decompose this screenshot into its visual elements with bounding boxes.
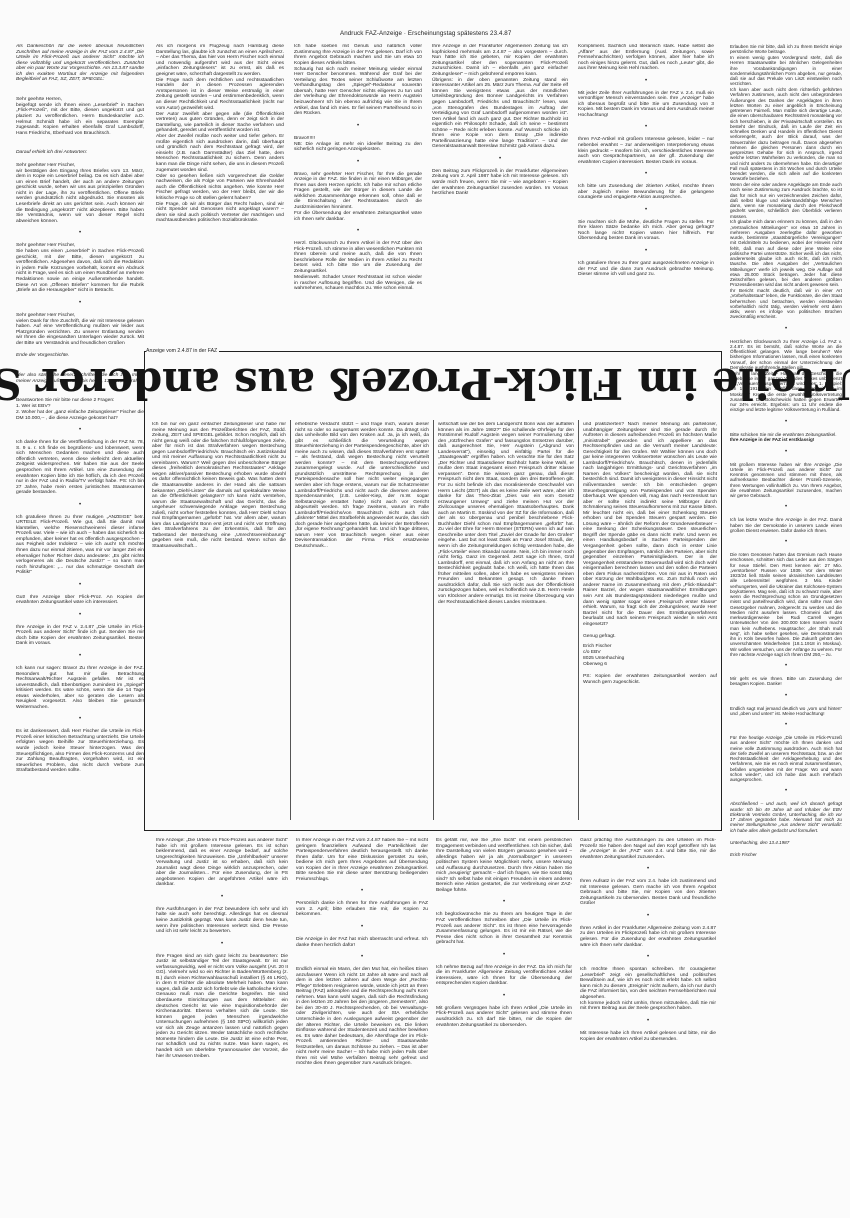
answer1-salutation: Sehr geehrter Herr Fischer, — [16, 163, 144, 169]
separator-star: • — [436, 993, 572, 999]
lower-column-5: Ganz prächtig Ihre Ausführungen zu den U… — [580, 838, 716, 1216]
letter-text: Ihre Fragen sind an sich ganz leicht zu … — [156, 954, 288, 1059]
separator-star: • — [16, 582, 144, 588]
question-2: 2. Woher hat der „ganz einfache Zeitungs… — [16, 410, 144, 421]
letter-text: Es gefällt mir, wie Sie „Ihre Sicht“ mit… — [436, 838, 572, 893]
separator-star: • — [16, 612, 144, 618]
answer2-salutation: Sehr geehrter Herr Fischer, — [16, 243, 144, 249]
ad-text: Ich bin nur ein ganz einfacher Zeitungsl… — [152, 422, 286, 550]
separator-star: • — [16, 716, 144, 722]
answer3-text: vielen Dank für Ihre Zuschrift, die wir … — [16, 319, 144, 347]
letter-text: In Ihrer Anzeige in der FAZ vom 2.4.87 h… — [296, 838, 428, 882]
separator-star: • — [730, 693, 842, 699]
letter-text: Persönlich danke ich Ihnen für Ihre Ausf… — [296, 901, 428, 918]
letter-a: Ich danke Ihnen für die Veröffentlichung… — [16, 440, 144, 495]
letter-text: NB: Die Anlage ist mehr ein ideeller Bei… — [294, 142, 422, 153]
separator-star: • — [578, 124, 714, 130]
separator-star: • — [294, 123, 422, 129]
separator-star: • — [580, 1018, 716, 1024]
column-1: Als Dankeschön für die vielen überaus fr… — [16, 44, 144, 1214]
ad-signoff: Genug gefragt. — [583, 634, 717, 640]
separator-star: • — [578, 78, 714, 84]
letter-text: Ich kann aber auch nicht dem richterlich… — [730, 87, 842, 182]
separator-star: • — [730, 539, 842, 545]
letter-text: Für die Übersendung der erwähnten Zeitun… — [294, 211, 422, 222]
closing-statement: Abschließend – und auch, weil ich danach… — [730, 801, 842, 833]
letter-text: Ich nehme Bezug auf Ihre Anzeige in der … — [436, 965, 572, 987]
letter-text: Ganz prächtig Ihre Ausführungen zu den U… — [580, 838, 716, 860]
separator-star: • — [730, 504, 842, 510]
separator-star: • — [578, 207, 714, 213]
letter-text: Ihren Artikel in der Frankfurter Allgeme… — [580, 926, 716, 948]
letter-c: Gut! Ihre Anzeige über Flick-Proz. An Ko… — [16, 595, 144, 606]
separator-star: • — [16, 427, 144, 433]
letter-text: Die Frage, ob wir als Bürger das Recht h… — [156, 202, 284, 224]
column-5-top: Kompliment. Sachlich und literarisch sta… — [578, 44, 714, 344]
letter-text: Ihre Anzeige in der Frankfurter Allgemei… — [432, 44, 568, 77]
letter-text: Ich habe soeben mit Genuß und natürlich … — [294, 44, 422, 66]
separator-star: • — [16, 300, 144, 306]
letter-text: Ich bitte um Zusendung der zitierten Art… — [578, 184, 714, 201]
lower-column-2: Ihre Anzeige: „Die Urteile im Flick-Proz… — [156, 838, 288, 1216]
letter-text: Mit großem Interesse haben wir Ihre Anze… — [730, 462, 842, 499]
separator-star: • — [436, 899, 572, 905]
column-2-top: Als ich morgens im Flugzeug nach Hamburg… — [156, 44, 284, 344]
column-3-top: Ich habe soeben mit Genuß und natürlich … — [294, 44, 422, 344]
answer3-salutation: Sehr geehrter Herr Fischer, — [16, 313, 144, 319]
separator-star: • — [730, 449, 842, 455]
separator-star: • — [432, 156, 568, 162]
letter-text: Endlich einmal ein Mann, der den Mut hat… — [296, 967, 428, 1067]
letter-b: Ich gratuliere Ihnen zu Ihrer mutigen „A… — [16, 515, 144, 576]
letter-text: Medienwelt. Schade! Unser Rechtsstaat is… — [294, 275, 422, 292]
letter-text: Herzl. Glückwunsch zu Ihrem Artikel in d… — [294, 241, 422, 274]
letter-text: Ich glaube mich daran erinnern zu können… — [730, 219, 842, 287]
separator-star: • — [578, 248, 714, 254]
letter-text: Aber der Zweifel müßte noch weiter und t… — [156, 134, 284, 173]
letter-text: Ihr Bericht macht deutlich, daß wir in e… — [730, 288, 842, 320]
column-6: Erlauben Sie mir bitte, daß ich zu Ihrem… — [730, 44, 842, 1214]
letter-text: Für Ihre heutige Anzeige „Die Urteile im… — [730, 735, 842, 782]
separator-star: • — [580, 954, 716, 960]
letter-text: Ich las letzte Woche Ihre Anzeige in der… — [730, 517, 842, 533]
lower-column-3: In Ihrer Anzeige in der FAZ vom 2.4.87 h… — [296, 838, 428, 1216]
letter-text: Bravo, sehr geehrter Herr Fischer, für I… — [294, 172, 422, 211]
letter-text: Mit Interesse habe ich Ihren Artikel gel… — [580, 1031, 716, 1042]
answer1-text: wir bestätigen den Eingang Ihres Briefes… — [16, 169, 144, 224]
separator-star: • — [16, 653, 144, 659]
letter-text: Die Frage nach dem rechtlichen und recht… — [156, 78, 284, 111]
separator-star: • — [730, 788, 842, 794]
letter-text: Oder so gesehen ließen sich vorgerechnet… — [156, 174, 284, 202]
ad-column-3: wirtschaft wie der bei dem Landgericht B… — [438, 422, 574, 826]
separator-star: • — [578, 171, 714, 177]
ad-column-rule — [290, 420, 291, 820]
letter-text: Sie machten sich die Mühe, deutliche Fra… — [578, 220, 714, 242]
letter-text: Den Beitrag zum Flickprozeß in der Frank… — [432, 169, 568, 197]
letter-text: Ich beglückwünsche Sie zu Ihrem am heuti… — [436, 912, 572, 945]
ad-column-2: erhebliche Verdacht stützt – und frage m… — [295, 422, 429, 826]
separator-star: • — [294, 159, 422, 165]
ad-signature-firm: c/o EBV — [583, 650, 717, 656]
newspaper-page: Andruck FAZ-Anzeige · Erscheinungstag sp… — [0, 0, 850, 1218]
ad-signature-block: Erich Fischer c/o EBV 8025 Unterhaching … — [583, 644, 717, 668]
intro-text: Als Dankeschön für die vielen überaus fr… — [16, 44, 144, 83]
separator-star: • — [730, 722, 842, 728]
letter-f: Es ist dankenswert, daß Herr Fischer die… — [16, 729, 144, 773]
ad-caption: Anzeige vom 2.4.87 in der FAZ — [146, 348, 219, 354]
letter-text: Ihre Ausführungen in der FAZ bewundere i… — [156, 907, 288, 935]
ad-signature-city: 8025 Unterhaching — [583, 656, 717, 662]
separator-star: • — [294, 228, 422, 234]
ad-signature-street: Oberweg 6 — [583, 662, 717, 668]
column-4-top: Ihre Anzeige in der Frankfurter Allgemei… — [432, 44, 568, 344]
separator-star: • — [16, 502, 144, 508]
answer2-text: Sie haben uns einen „Leserbrief“ in Sach… — [16, 249, 144, 293]
letter-text: Ihre Anzeige in der FAZ ist erstklassig! — [730, 437, 842, 442]
ad-text: und praktizierten? Nach meiner Meinung a… — [583, 422, 717, 627]
running-head: Andruck FAZ-Anzeige · Erscheinungstag sp… — [340, 30, 511, 37]
letter-text: Bitte schicken Sie mir die erwähnten Zei… — [730, 432, 842, 437]
letter-text: Ich möchte Ihnen spontan schreiben. Ihr … — [580, 967, 716, 1000]
letter-text: Die roten Genossen hatten das Gremium na… — [730, 552, 842, 657]
letter-text: Bravo!!!!!! — [294, 136, 422, 142]
letter-text: Erlauben Sie mir bitte, daß ich zu Ihrem… — [730, 44, 842, 55]
letter-text: Endlich sagt mal jemand deutlich wo „vor… — [730, 706, 842, 717]
separator-star: • — [296, 924, 428, 930]
letter-text: Ihren FAZ-Artikel mit großem Interesse g… — [578, 137, 714, 165]
separator-star: • — [156, 894, 288, 900]
letter-text: Ihren Aufsatz in der FAZ vom 2.4. habe i… — [580, 879, 716, 907]
ad-column-rule — [433, 420, 434, 820]
separator-star: • — [730, 326, 842, 332]
separator-star: • — [16, 230, 144, 236]
separator-star: • — [730, 663, 842, 669]
ad-column-rule — [578, 420, 579, 820]
ad-signature-name: Erich Fischer — [583, 644, 717, 650]
separator-star: • — [580, 913, 716, 919]
letter-text: Wenn der eine oder andere Angeklagte am … — [730, 182, 842, 219]
ad-text: wirtschaft wie der bei dem Landgericht B… — [438, 422, 574, 605]
separator-star: • — [580, 866, 716, 872]
answers-intro: Darauf erhielt ich drei Antworten: — [16, 150, 144, 156]
place-date: Unterhaching, den 13.4.1987 — [730, 840, 842, 845]
letter-text: In einem wenig guten Vordergrund steht, … — [730, 55, 842, 87]
letter-text: Ich gratuliere Ihnen zu Ihrer ganz ausge… — [578, 261, 714, 278]
letter-text: Ihre Anzeige: „Die Urteile im Flick-Proz… — [156, 838, 288, 888]
ad-postscript: PS: Kopien der erwähnten Zeitungsartikel… — [583, 674, 717, 685]
letter-text: Mit jeder Zeile Ihrer Ausführungen in de… — [578, 91, 714, 119]
separator-star: • — [296, 888, 428, 894]
letter-text: Kompliment. Sachlich und literarisch sta… — [578, 44, 714, 72]
ad-text: erhebliche Verdacht stützt – und frage m… — [295, 422, 429, 550]
letter-text: Mit großem Vergnügen habe ich Ihren Arti… — [436, 1006, 572, 1028]
letter-text: Als ich morgens im Flugzeug nach Hamburg… — [156, 44, 284, 77]
letter-text: Schaurig hat sich nach meiner Meinung wi… — [294, 67, 422, 117]
letter-text: Mir geht es wie Ihnen. Bitte um Zusendun… — [730, 676, 842, 687]
end-prehistory: Ende der Vorgeschichte. — [16, 353, 144, 359]
letter-text: Ich komme jedoch nicht umhin, Ihnen mitz… — [580, 1001, 716, 1012]
letter-e: Ich kann nur sagen: Bravo! Zu Ihrer Anze… — [16, 666, 144, 710]
letter-d: Ihre Anzeige in der FAZ v. 2.4.87 „Die U… — [16, 625, 144, 647]
ad-headline-upside-down: Die Urteile im Flick-Prozeß aus anderer … — [150, 355, 718, 413]
letter-text: Die Anzeige in der FAZ hat mich überrasc… — [296, 937, 428, 948]
separator-star: • — [296, 954, 428, 960]
lower-column-4: Es gefällt mir, wie Sie „Ihre Sicht“ mit… — [436, 838, 572, 1216]
salutation: Sehr geehrte Herren, — [16, 97, 144, 103]
letter-text: Der Autor zweifelt aber gegen alle (die … — [156, 112, 284, 134]
separator-star: • — [436, 952, 572, 958]
ad-column-4: und praktizierten? Nach meiner Meinung a… — [583, 422, 717, 826]
letter-text: Übrigens: in der oben genannten Zeitung … — [432, 78, 568, 150]
ad-column-1: Ich bin nur ein ganz einfacher Zeitungsl… — [152, 422, 286, 826]
author-signature: Erich Fischer — [730, 852, 842, 857]
separator-star: • — [730, 419, 842, 425]
separator-star: • — [156, 941, 288, 947]
cover-letter: beigefügt sende ich Ihnen einen „Leserbr… — [16, 103, 144, 136]
